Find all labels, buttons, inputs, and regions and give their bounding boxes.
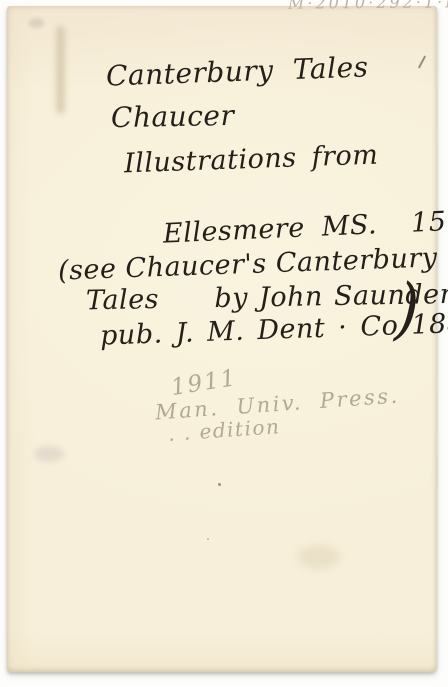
paper-smudge-top-left bbox=[29, 18, 44, 28]
ink-speck bbox=[207, 538, 209, 540]
paper-smudge-lower-left bbox=[34, 446, 64, 462]
paper-crease-stain bbox=[56, 26, 65, 114]
paper-stain-middle bbox=[298, 545, 340, 569]
closing-paren-flourish: ) bbox=[394, 275, 422, 344]
handwritten-author-line: Chaucer bbox=[111, 100, 235, 134]
accession-number: M·2010·292·1·M bbox=[288, 0, 448, 13]
ink-speck bbox=[218, 483, 221, 486]
